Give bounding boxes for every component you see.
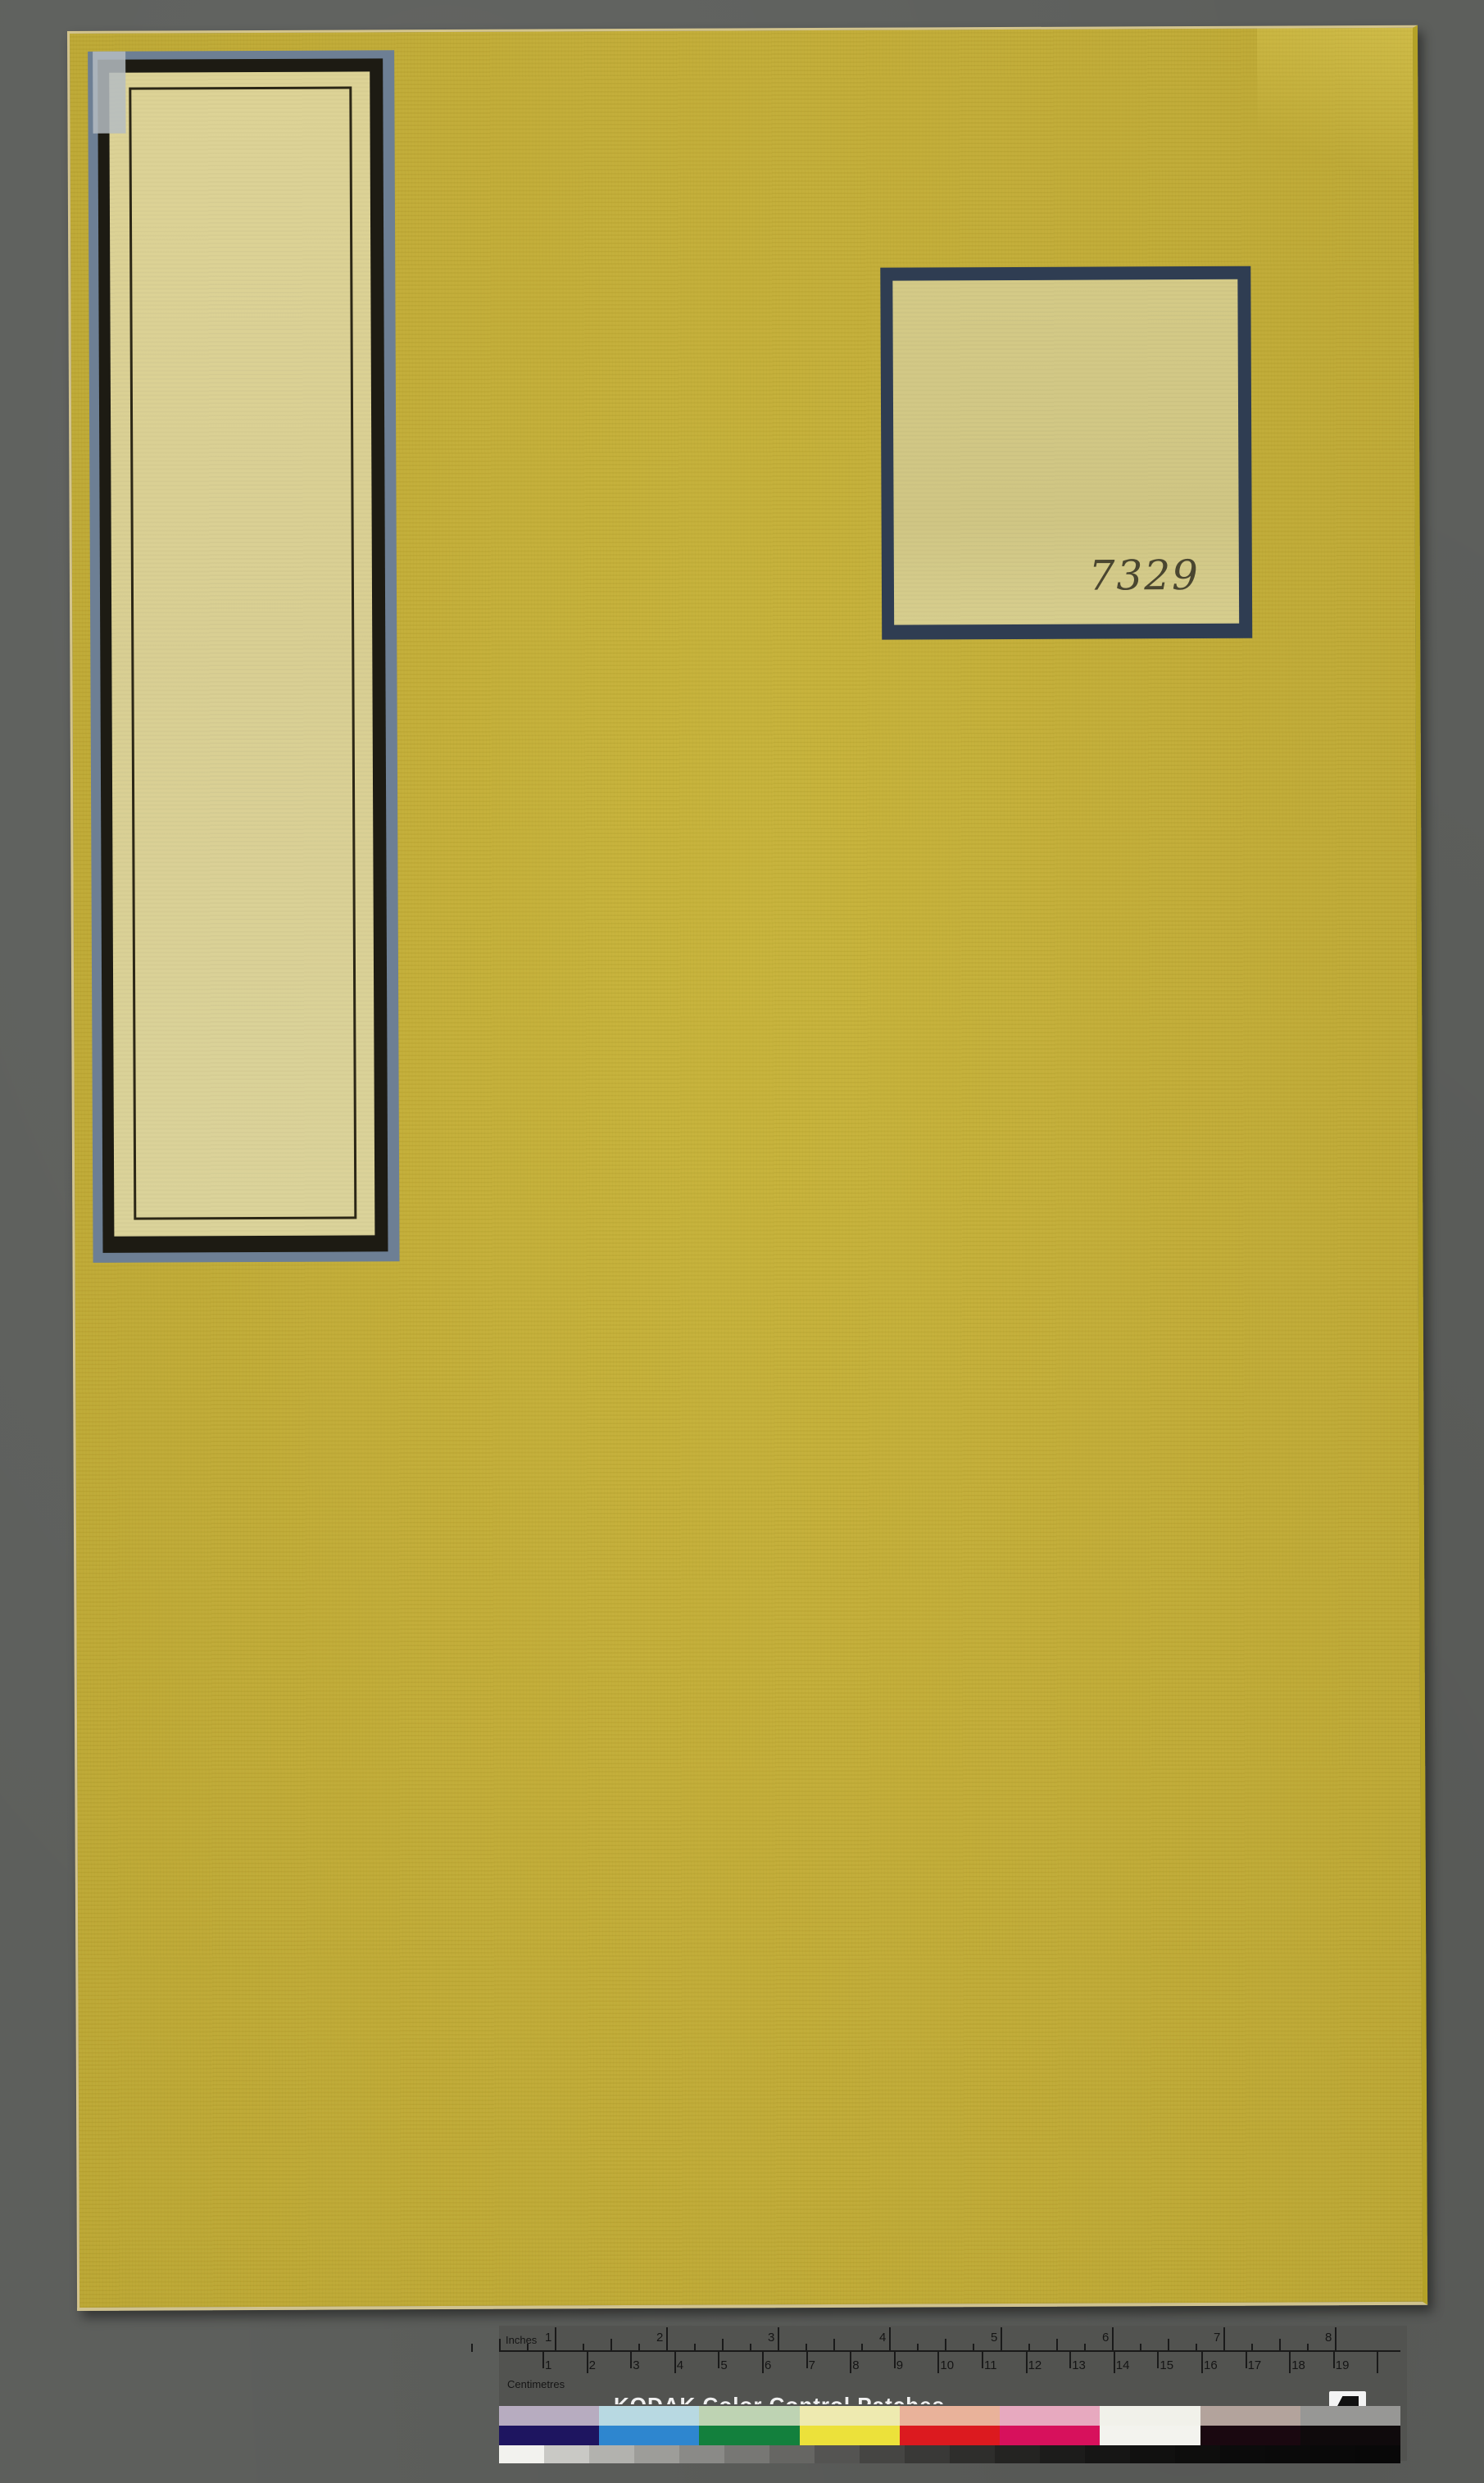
patch-dark [1000, 2426, 1100, 2445]
patch-dark [800, 2426, 900, 2445]
inch-subtick [583, 2344, 584, 2352]
inch-tick [1112, 2327, 1114, 2352]
cm-tick [1114, 2352, 1115, 2373]
inch-subtick [806, 2344, 807, 2352]
cm-tick [674, 2352, 676, 2373]
cm-mark: 5 [720, 2358, 727, 2372]
cm-mark: 4 [677, 2358, 683, 2372]
gray-step [1175, 2445, 1220, 2463]
cm-tick [982, 2352, 983, 2368]
inch-subtick [1251, 2344, 1253, 2352]
title-slip-paper [109, 71, 374, 1236]
inch-subtick [1140, 2344, 1141, 2352]
inch-subtick [527, 2344, 529, 2352]
inch-subtick [1279, 2339, 1281, 2352]
cm-mark: 16 [1204, 2358, 1218, 2372]
patch-light [599, 2406, 699, 2426]
cm-tick [587, 2352, 588, 2373]
inch-subtick [861, 2344, 863, 2352]
cm-tick [718, 2352, 719, 2368]
title-slip-border [98, 58, 388, 1253]
color-patch-green [699, 2406, 799, 2447]
color-patch-black [1300, 2406, 1400, 2447]
gray-step [1040, 2445, 1085, 2463]
inch-subtick [638, 2344, 640, 2352]
gray-step [1130, 2445, 1175, 2463]
inch-tick [1335, 2327, 1337, 2352]
gray-step [544, 2445, 589, 2463]
gray-step [679, 2445, 724, 2463]
catalog-label-paper: 7329 [892, 279, 1239, 625]
color-patch-cyan [599, 2406, 699, 2447]
cm-tick [1069, 2352, 1071, 2368]
cm-tick [850, 2352, 851, 2373]
catalog-label: 7329 [880, 266, 1252, 640]
cm-tick [1377, 2352, 1378, 2373]
cm-mark: 10 [940, 2358, 954, 2372]
inch-subtick [750, 2344, 751, 2352]
patch-dark [1300, 2426, 1400, 2445]
cm-tick [937, 2352, 939, 2373]
patch-dark [599, 2426, 699, 2445]
cm-mark: 1 [545, 2358, 551, 2372]
gray-step [950, 2445, 995, 2463]
cm-mark: 14 [1116, 2358, 1130, 2372]
cm-mark: 19 [1336, 2358, 1350, 2372]
cm-mark: 2 [589, 2358, 596, 2372]
ruler-baseline [499, 2350, 1400, 2352]
cm-mark: 15 [1160, 2358, 1173, 2372]
catalog-number: 7329 [1089, 552, 1200, 600]
book-cover: 7329 [67, 25, 1427, 2311]
patch-dark [499, 2426, 599, 2445]
color-patch-magenta [1000, 2406, 1100, 2447]
inch-subtick [833, 2339, 835, 2352]
inch-mark: 4 [879, 2331, 886, 2345]
inch-tick [666, 2327, 668, 2352]
cm-tick [1201, 2352, 1203, 2373]
gray-step [1310, 2445, 1355, 2463]
inch-subtick [471, 2344, 473, 2352]
patch-light [1100, 2406, 1200, 2426]
patch-light [1000, 2406, 1100, 2426]
gray-step [1220, 2445, 1265, 2463]
gray-step [724, 2445, 769, 2463]
cm-tick [1333, 2352, 1335, 2368]
cm-tick [894, 2352, 896, 2368]
inch-subtick [722, 2339, 724, 2352]
cm-tick [1246, 2352, 1247, 2368]
inch-subtick [973, 2344, 974, 2352]
patch-dark [699, 2426, 799, 2445]
centimetres-label: Centimetres [507, 2378, 565, 2390]
inch-subtick [1056, 2339, 1058, 2352]
inch-subtick [1084, 2344, 1086, 2352]
inch-subtick [1028, 2344, 1030, 2352]
cm-mark: 18 [1291, 2358, 1305, 2372]
patch-dark [900, 2426, 1000, 2445]
cm-mark: 8 [852, 2358, 859, 2372]
gray-step [589, 2445, 634, 2463]
cm-mark: 7 [809, 2358, 815, 2372]
inch-subtick [694, 2344, 696, 2352]
cm-mark: 17 [1248, 2358, 1262, 2372]
inch-tick [778, 2327, 779, 2352]
patch-light [1200, 2406, 1300, 2426]
color-patch-red [900, 2406, 1000, 2447]
inch-mark: 5 [991, 2331, 997, 2345]
gray-step [499, 2445, 544, 2463]
cm-tick [806, 2352, 808, 2368]
color-patch-3-color [1200, 2406, 1300, 2447]
title-slip-rule-frame [129, 86, 356, 1219]
patch-light [699, 2406, 799, 2426]
gray-step [995, 2445, 1040, 2463]
cm-mark: 12 [1028, 2358, 1042, 2372]
cm-mark: 3 [633, 2358, 639, 2372]
inch-subtick [499, 2339, 501, 2352]
inch-subtick [1168, 2339, 1169, 2352]
patch-dark [1100, 2426, 1200, 2445]
inch-mark: 1 [545, 2331, 551, 2345]
patch-dark [1200, 2426, 1300, 2445]
inch-mark: 8 [1325, 2331, 1332, 2345]
color-patch-blue [499, 2406, 599, 2447]
cm-tick [762, 2352, 764, 2373]
inch-mark: 2 [656, 2331, 663, 2345]
inch-subtick [1307, 2344, 1309, 2352]
worn-corner [1257, 28, 1414, 242]
inch-subtick [610, 2339, 612, 2352]
color-patch-white [1100, 2406, 1200, 2447]
cm-tick [1157, 2352, 1159, 2368]
cm-mark: 6 [765, 2358, 771, 2372]
gray-step [905, 2445, 950, 2463]
cm-mark: 11 [984, 2358, 997, 2372]
cm-tick [542, 2352, 544, 2368]
cm-tick [1026, 2352, 1028, 2373]
inch-subtick [1196, 2344, 1197, 2352]
gray-step [1265, 2445, 1310, 2463]
kodak-color-control-strip: Inches Centimetres 123456781234567891011… [499, 2326, 1407, 2461]
patch-light [1300, 2406, 1400, 2426]
gray-step [1355, 2445, 1400, 2463]
title-text [131, 121, 349, 122]
inch-tick [889, 2327, 891, 2352]
title-slip [88, 50, 399, 1263]
inch-mark: 6 [1102, 2331, 1109, 2345]
cm-tick [630, 2352, 632, 2368]
patch-light [499, 2406, 599, 2426]
cm-mark: 9 [896, 2358, 903, 2372]
gray-step [634, 2445, 679, 2463]
ruler: Inches Centimetres 123456781234567891011… [499, 2326, 1400, 2391]
inch-tick [1001, 2327, 1002, 2352]
gray-step [860, 2445, 905, 2463]
gray-step [769, 2445, 815, 2463]
color-patch-yellow [800, 2406, 900, 2447]
inch-tick [1223, 2327, 1225, 2352]
gray-step [1085, 2445, 1130, 2463]
patch-light [800, 2406, 900, 2426]
inch-mark: 3 [768, 2331, 774, 2345]
inch-tick [555, 2327, 556, 2352]
patch-light [900, 2406, 1000, 2426]
inch-subtick [945, 2339, 946, 2352]
color-patches [499, 2406, 1400, 2447]
cm-tick [1289, 2352, 1291, 2373]
inch-subtick [917, 2344, 919, 2352]
repair-patch [93, 52, 125, 134]
cm-mark: 13 [1072, 2358, 1086, 2372]
gray-step [815, 2445, 860, 2463]
gray-scale [499, 2445, 1400, 2463]
kodak-brand-text: KODAK Color Control Patches [614, 2393, 945, 2404]
inch-mark: 7 [1214, 2331, 1220, 2345]
inches-label: Inches [506, 2334, 537, 2346]
